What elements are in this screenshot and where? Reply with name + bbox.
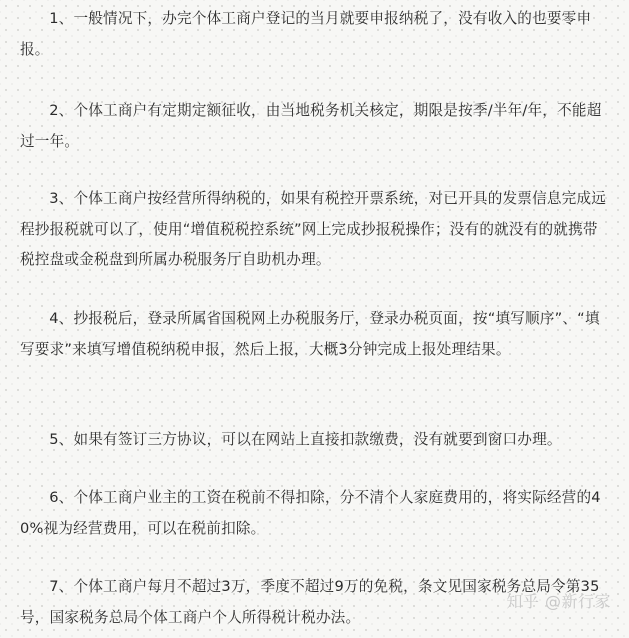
paragraph-6: 6、个体工商户业主的工资在税前不得扣除，分不清个人家庭费用的，将实际经营的40%… <box>20 483 610 544</box>
paragraph-3: 3、个体工商户按经营所得纳税的，如果有税控开票系统，对已开具的发票信息完成远程抄… <box>20 184 610 276</box>
paragraph-2: 2、个体工商户有定期定额征收，由当地税务机关核定，期限是按季/半年/年，不能超过… <box>20 96 610 157</box>
paragraph-4: 4、抄报税后，登录所属省国税网上办税服务厅，登录办税页面，按“填写顺序”、“填写… <box>20 304 610 365</box>
zhihu-watermark: 知乎 @新行家 <box>506 589 611 612</box>
paragraph-5: 5、如果有签订三方协议，可以在网站上直接扣款缴费，没有就要到窗口办理。 <box>20 425 610 456</box>
paragraph-1: 1、一般情况下，办完个体工商户登记的当月就要申报纳税了，没有收入的也要零申报。 <box>20 4 610 65</box>
